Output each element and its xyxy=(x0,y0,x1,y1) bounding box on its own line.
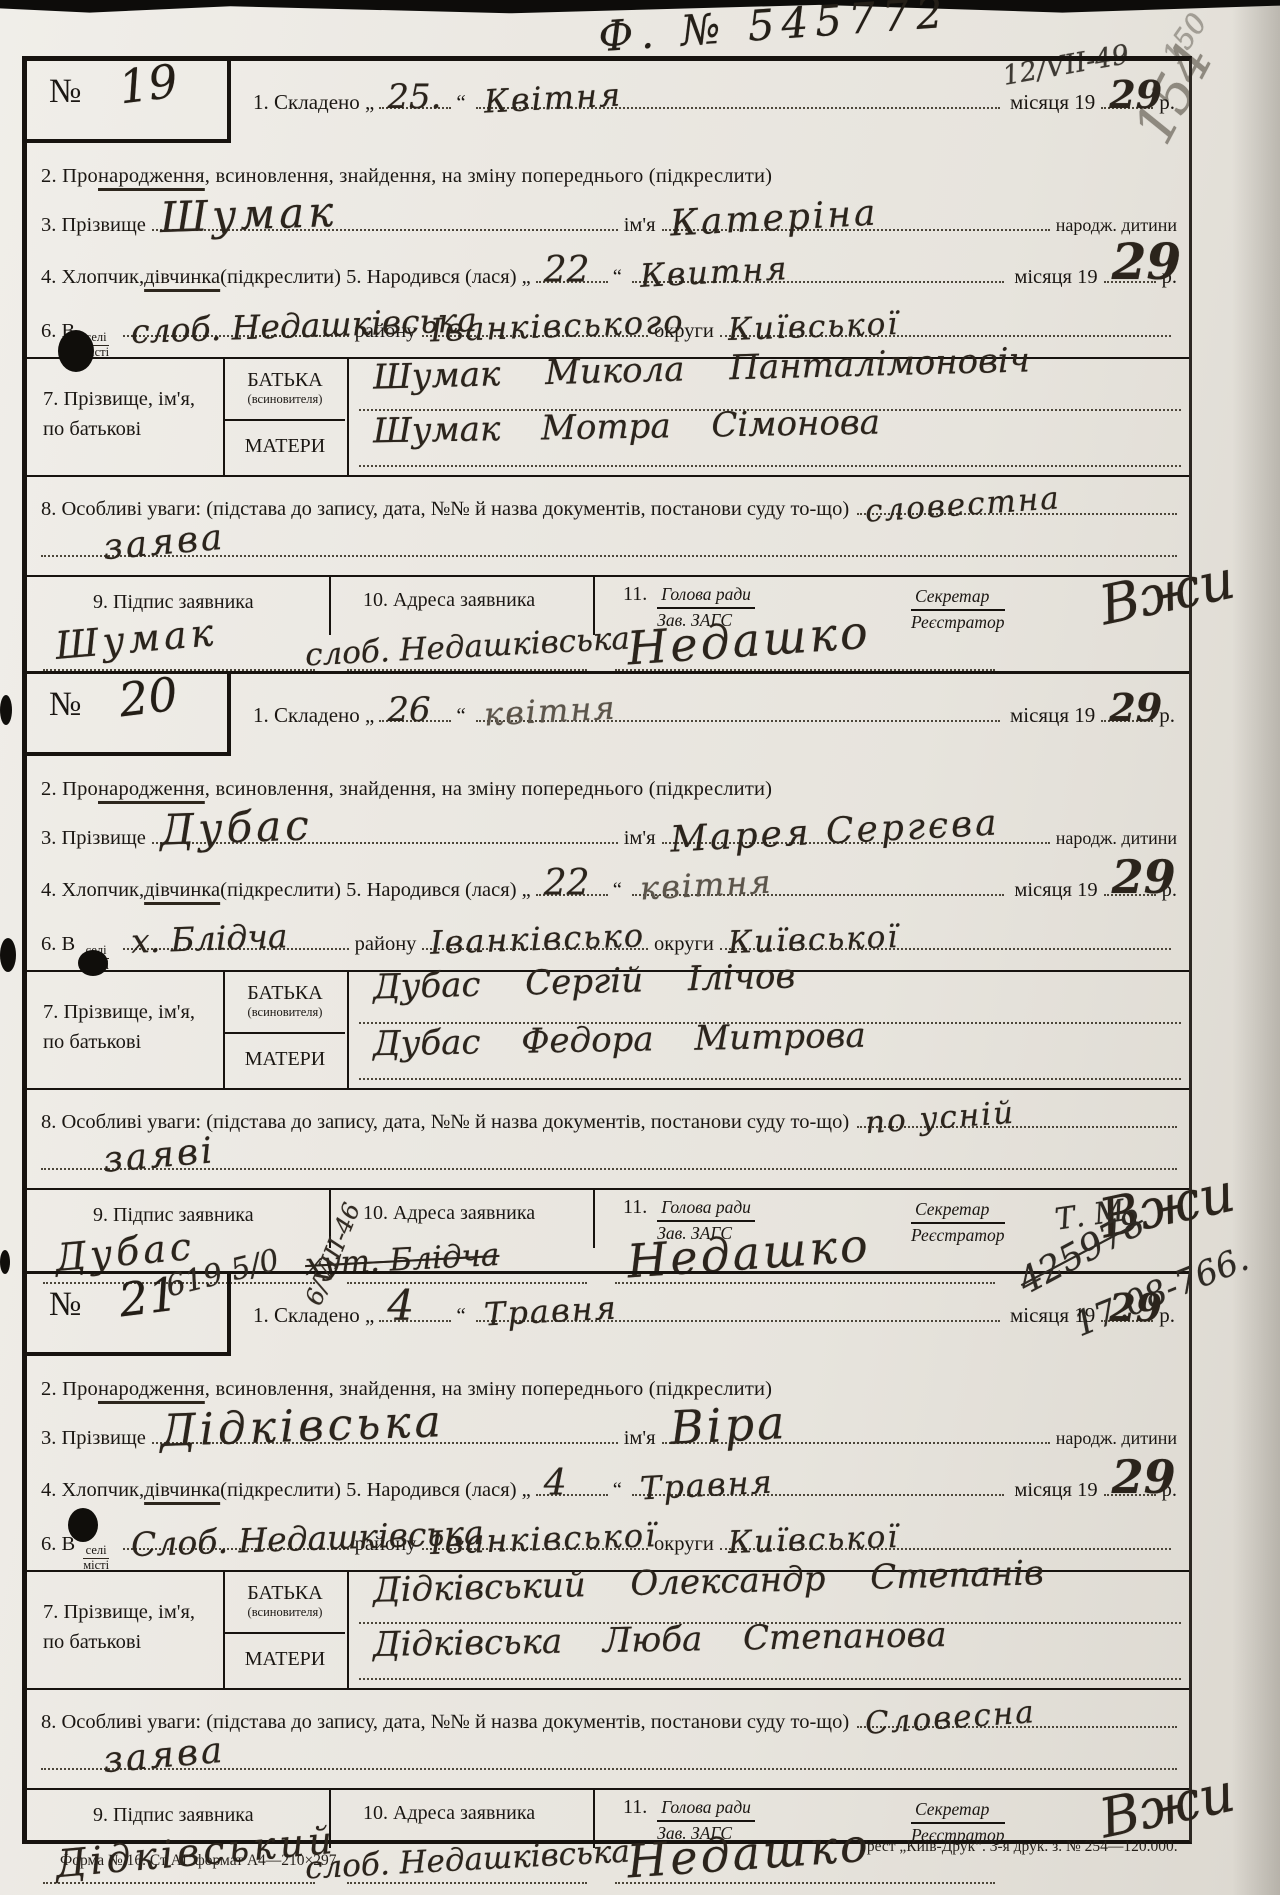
record-number-value: 19 xyxy=(116,54,181,115)
father-caption: БАТЬКА(всиновителя) xyxy=(225,982,345,1020)
quote-close: “ xyxy=(456,1303,465,1328)
remarks-slot: Словесна xyxy=(857,1704,1177,1728)
okrug-slot: Київської xyxy=(720,1526,1171,1550)
remarks-line-2: заява xyxy=(41,553,1177,557)
handwritten-mother-name: Дубас Федора Митрова xyxy=(373,1016,866,1065)
registration-form: № 19 1. Складено „ 25. “ Квітня місяця 1… xyxy=(22,56,1192,1844)
handwritten-born-day: 22 xyxy=(544,250,590,291)
table-divider xyxy=(225,1632,345,1634)
remarks-label: 8. Особливі уваги: (підстава до запису, … xyxy=(41,498,849,521)
month-19-label: місяця 19 xyxy=(1010,1303,1095,1328)
handwritten-compiled-day: 25. xyxy=(387,77,441,117)
okrug-slot: Київської xyxy=(720,313,1171,337)
handwritten-remark: Словесна xyxy=(864,1694,1037,1742)
handwritten-remark: по усній xyxy=(864,1095,1016,1141)
handwritten-born-year: 29 xyxy=(1112,1450,1176,1504)
birth-line: 4. Хлопчик, дівчинка (підкреслити) 5. На… xyxy=(41,1472,1177,1502)
place-slot: Слоб. Недашківська xyxy=(123,1526,349,1550)
column-divider xyxy=(593,1190,595,1248)
handwritten-born-day: 4 xyxy=(544,1463,567,1504)
compiled-line: 1. Складено „ 4 “ Травня місяця 19 29 р. xyxy=(253,1298,1175,1328)
edge-mark xyxy=(0,1250,10,1274)
record-number-value: 21 xyxy=(116,1267,181,1328)
firstname-label: ім'я xyxy=(624,214,656,237)
child-label: народж. дитини xyxy=(1056,1428,1177,1449)
handwritten-compiled-day: 26 xyxy=(387,690,430,730)
surname-slot: Дідківська xyxy=(152,1420,618,1444)
record-2: № 20 1. Складено „ 26 “ квітня місяця 19… xyxy=(27,671,1189,1274)
handwritten-firstname: Віра xyxy=(668,1395,788,1455)
district-label: району xyxy=(355,933,417,956)
remarks-label: 8. Особливі уваги: (підстава до запису, … xyxy=(41,1111,849,1134)
mother-rule xyxy=(359,1678,1181,1680)
handwritten-remark: словестна xyxy=(864,480,1062,530)
born-year-slot: 29 xyxy=(1104,872,1156,896)
quote-close: “ xyxy=(613,879,622,902)
handwritten-surname: Дідківська xyxy=(159,1396,445,1457)
handwritten-compiled-day: 4 xyxy=(387,1281,414,1330)
mother-caption: МАТЕРИ xyxy=(225,1048,345,1071)
district-slot: Іванківської xyxy=(422,1526,648,1550)
firstname-label: ім'я xyxy=(624,1427,656,1450)
handwritten-mother-name: Шумак Мотра Сімонова xyxy=(373,403,881,452)
handwritten-remark-2: заява xyxy=(101,1730,226,1782)
compiled-day-slot: 4 xyxy=(379,1298,451,1322)
quote-close: “ xyxy=(456,703,465,728)
ink-blot xyxy=(58,330,94,372)
born-day-slot: 22 xyxy=(536,872,608,896)
type-post: , всиновлення, знайдення, на зміну попер… xyxy=(205,165,772,188)
compiled-month-slot: Травня xyxy=(476,1298,1000,1322)
born-month-slot: Квитня xyxy=(632,259,1005,283)
applicant-signature-label: 9. Підпис заявника xyxy=(93,1204,254,1227)
month-19-label: місяця 19 xyxy=(1014,1479,1097,1502)
handwritten-compiled-month: Квітня xyxy=(483,75,623,120)
edge-mark xyxy=(0,695,12,725)
record-number-box: № 19 xyxy=(27,61,231,143)
child-label: народж. дитини xyxy=(1056,828,1177,849)
type-pre: 2. Про xyxy=(41,778,98,801)
handwritten-compiled-month: квітня xyxy=(483,689,617,734)
type-pre: 2. Про xyxy=(41,165,98,188)
type-pre: 2. Про xyxy=(41,1378,98,1401)
born-year-slot: 29 xyxy=(1104,1472,1156,1496)
month-19-label: місяця 19 xyxy=(1010,90,1095,115)
mother-rule xyxy=(359,465,1181,467)
ink-blot xyxy=(78,950,108,976)
column-divider xyxy=(329,577,331,635)
sex-underlined-girl: дівчинка xyxy=(144,1479,220,1502)
place-slot: слоб. Недашківська xyxy=(123,313,349,337)
born-label: (підкреслити) 5. Народився (лася) „ xyxy=(220,879,531,902)
remarks-slot: по усній xyxy=(857,1104,1177,1128)
place-slot: х. Блідча xyxy=(123,926,349,950)
born-year-slot: 29 xyxy=(1104,259,1156,283)
scan-edge-shadow xyxy=(1232,0,1280,1895)
type-underlined-birth: народження xyxy=(98,165,205,188)
remarks-label: 8. Особливі уваги: (підстава до запису, … xyxy=(41,1711,849,1734)
in-label: 6. В xyxy=(41,933,75,956)
remarks-line-2: заява xyxy=(41,1766,1177,1770)
born-month-slot: Травня xyxy=(632,1472,1005,1496)
secretary-label: СекретарРеєстратор xyxy=(911,585,1005,634)
applicant-signature-label: 9. Підпис заявника xyxy=(93,591,254,614)
month-19-label: місяця 19 xyxy=(1014,879,1097,902)
ink-blot xyxy=(68,1508,98,1542)
quote-close: “ xyxy=(613,266,622,289)
parents-table: 7. Прізвище, ім'я, по батькові БАТЬКА(вс… xyxy=(27,970,1189,1090)
applicant-address-label: 10. Адреса заявника xyxy=(363,589,535,612)
type-post: , всиновлення, знайдення, на зміну попер… xyxy=(205,1378,772,1401)
handwritten-born-year: 29 xyxy=(1112,232,1182,291)
father-caption: БАТЬКА(всиновителя) xyxy=(225,1582,345,1620)
record-type-line: 2. Про народження, всиновлення, знайденн… xyxy=(41,778,772,801)
birth-line: 4. Хлопчик, дівчинка (підкреслити) 5. На… xyxy=(41,872,1177,902)
district-slot: Іванківсько xyxy=(422,926,648,950)
handwritten-remark-2: заява xyxy=(101,517,226,569)
name-line: 3. Прізвище Шумак ім'я Катеріна народж. … xyxy=(41,207,1177,237)
handwritten-firstname: Марея Сергєва xyxy=(669,802,1000,860)
compiled-day-slot: 26 xyxy=(379,698,451,722)
edge-mark xyxy=(0,938,16,972)
handwritten-okrug: Київської xyxy=(727,919,899,961)
record-number-box: № 21 xyxy=(27,1274,231,1356)
firstname-label: ім'я xyxy=(624,827,656,850)
table-divider xyxy=(347,1572,349,1688)
type-underlined-birth: народження xyxy=(98,778,205,801)
table-divider xyxy=(225,419,345,421)
handwritten-place: х. Блідча xyxy=(130,916,288,960)
handwritten-okrug: Київської xyxy=(727,1519,899,1561)
compiled-line: 1. Складено „ 26 “ квітня місяця 19 29 р… xyxy=(253,698,1175,728)
handwritten-surname: Шумак xyxy=(159,187,338,242)
handwritten-compiled-month: Травня xyxy=(483,1289,619,1334)
surname-label: 3. Прізвище xyxy=(41,827,146,850)
okrug-slot: Київської xyxy=(720,926,1171,950)
remarks-slot: словестна xyxy=(857,491,1177,515)
record-type-line: 2. Про народження, всиновлення, знайденн… xyxy=(41,165,772,188)
sex-pre: 4. Хлопчик, xyxy=(41,879,144,902)
form-number-footnote: Форма № 16. Ст АГ формат А4—210×297. xyxy=(60,1852,340,1870)
mother-caption: МАТЕРИ xyxy=(225,1648,345,1671)
name-line: 3. Прізвище Дубас ім'я Марея Сергєва нар… xyxy=(41,820,1177,850)
handwritten-applicant-signature: Шумак xyxy=(53,610,218,668)
firstname-slot: Катеріна xyxy=(662,207,1050,231)
applicant-address-label: 10. Адреса заявника xyxy=(363,1802,535,1825)
surname-slot: Дубас xyxy=(152,820,618,844)
record-number-box: № 20 xyxy=(27,674,231,756)
handwritten-born-day: 22 xyxy=(544,863,590,904)
compiled-day-slot: 25. xyxy=(379,85,451,109)
compiled-month-slot: квітня xyxy=(476,698,1000,722)
birth-line: 4. Хлопчик, дівчинка (підкреслити) 5. На… xyxy=(41,259,1177,289)
sex-underlined-girl: дівчинка xyxy=(144,266,220,289)
type-post: , всиновлення, знайдення, на зміну попер… xyxy=(205,778,772,801)
handwritten-born-month: Квитня xyxy=(639,249,789,295)
remarks-line-2: заяві xyxy=(41,1166,1177,1170)
compiled-year-slot: 29 xyxy=(1101,85,1153,109)
table-divider xyxy=(347,359,349,475)
parents-label: 7. Прізвище, ім'я, по батькові xyxy=(43,385,195,444)
handwritten-remark-2: заяві xyxy=(101,1130,217,1181)
born-day-slot: 22 xyxy=(536,259,608,283)
parents-table: 7. Прізвище, ім'я, по батькові БАТЬКА(вс… xyxy=(27,357,1189,477)
handwritten-district: Іванківського xyxy=(430,303,686,350)
village-city-stack: селімісті xyxy=(83,1544,109,1573)
surname-label: 3. Прізвище xyxy=(41,1427,146,1450)
handwritten-compiled-year: 29 xyxy=(1109,1285,1162,1330)
handwritten-applicant-address: слоб. Недашківська xyxy=(304,621,630,674)
remarks-line: 8. Особливі уваги: (підстава до запису, … xyxy=(41,491,1177,521)
firstname-slot: Віра xyxy=(662,1420,1050,1444)
district-slot: Іванківського xyxy=(422,313,648,337)
father-caption: БАТЬКА(всиновителя) xyxy=(225,369,345,407)
month-19-label: місяця 19 xyxy=(1010,703,1095,728)
surname-label: 3. Прізвище xyxy=(41,214,146,237)
quote-close: “ xyxy=(613,1479,622,1502)
quote-close: “ xyxy=(456,90,465,115)
born-month-slot: квітня xyxy=(632,872,1005,896)
type-underlined-birth: народження xyxy=(98,1378,205,1401)
handwritten-born-month: квітня xyxy=(639,863,773,908)
born-day-slot: 4 xyxy=(536,1472,608,1496)
signatures-row: 9. Підпис заявника 10. Адреса заявника 1… xyxy=(27,575,1189,671)
record-1: № 19 1. Складено „ 25. “ Квітня місяця 1… xyxy=(27,61,1189,671)
parents-table: 7. Прізвище, ім'я, по батькові БАТЬКА(вс… xyxy=(27,1570,1189,1690)
applicant-address-label: 10. Адреса заявника xyxy=(363,1202,535,1225)
mother-rule xyxy=(359,1078,1181,1080)
surname-slot: Шумак xyxy=(152,207,618,231)
handwritten-surname: Дубас xyxy=(159,800,313,854)
firstname-slot: Марея Сергєва xyxy=(662,820,1050,844)
in-label: 6. В xyxy=(41,1533,75,1556)
no-label: № xyxy=(49,73,81,111)
mother-caption: МАТЕРИ xyxy=(225,435,345,458)
compiled-month-slot: Квітня xyxy=(476,85,1000,109)
okrug-label: округи xyxy=(654,1533,714,1556)
print-house-footnote: Трест „Київ-Друк“. 3-я друк. з. № 254—12… xyxy=(858,1838,1178,1856)
secretary-label: СекретарРеєстратор xyxy=(911,1198,1005,1247)
record-number-value: 20 xyxy=(116,667,181,728)
no-label: № xyxy=(49,686,81,724)
compiled-year-slot: 29 xyxy=(1101,1298,1153,1322)
handwritten-compiled-year: 29 xyxy=(1109,685,1162,730)
sex-pre: 4. Хлопчик, xyxy=(41,266,144,289)
sex-underlined-girl: дівчинка xyxy=(144,879,220,902)
village-label: селі xyxy=(83,1544,109,1559)
compiled-year-slot: 29 xyxy=(1101,698,1153,722)
compiled-label: 1. Складено „ xyxy=(253,90,374,115)
compiled-line: 1. Складено „ 25. “ Квітня місяця 19 29 … xyxy=(253,85,1175,115)
parents-label: 7. Прізвище, ім'я, по батькові xyxy=(43,1598,195,1657)
applicant-signature-label: 9. Підпис заявника xyxy=(93,1804,254,1827)
sex-pre: 4. Хлопчик, xyxy=(41,1479,144,1502)
handwritten-okrug: Київської xyxy=(727,306,899,348)
table-divider xyxy=(225,1032,345,1034)
name-line: 3. Прізвище Дідківська ім'я Віра народж.… xyxy=(41,1420,1177,1450)
handwritten-firstname: Катеріна xyxy=(669,193,879,245)
remarks-line: 8. Особливі уваги: (підстава до запису, … xyxy=(41,1704,1177,1734)
table-divider xyxy=(347,972,349,1088)
okrug-label: округи xyxy=(654,933,714,956)
handwritten-born-year: 29 xyxy=(1112,850,1176,904)
born-label: (підкреслити) 5. Народився (лася) „ xyxy=(220,1479,531,1502)
handwritten-district: Іванківської xyxy=(430,1516,659,1562)
compiled-label: 1. Складено „ xyxy=(253,1303,374,1328)
born-label: (підкреслити) 5. Народився (лася) „ xyxy=(220,266,531,289)
no-label: № xyxy=(49,1286,81,1324)
handwritten-compiled-year: 29 xyxy=(1109,72,1162,117)
compiled-label: 1. Складено „ xyxy=(253,703,374,728)
parents-label: 7. Прізвище, ім'я, по батькові xyxy=(43,998,195,1057)
handwritten-born-month: Травня xyxy=(639,1463,775,1508)
handwritten-district: Іванківсько xyxy=(430,916,646,961)
record-3: 619 5/0 6/VIII-46 Т. М 425978 17.08-766.… xyxy=(27,1271,1189,1848)
month-19-label: місяця 19 xyxy=(1014,266,1097,289)
